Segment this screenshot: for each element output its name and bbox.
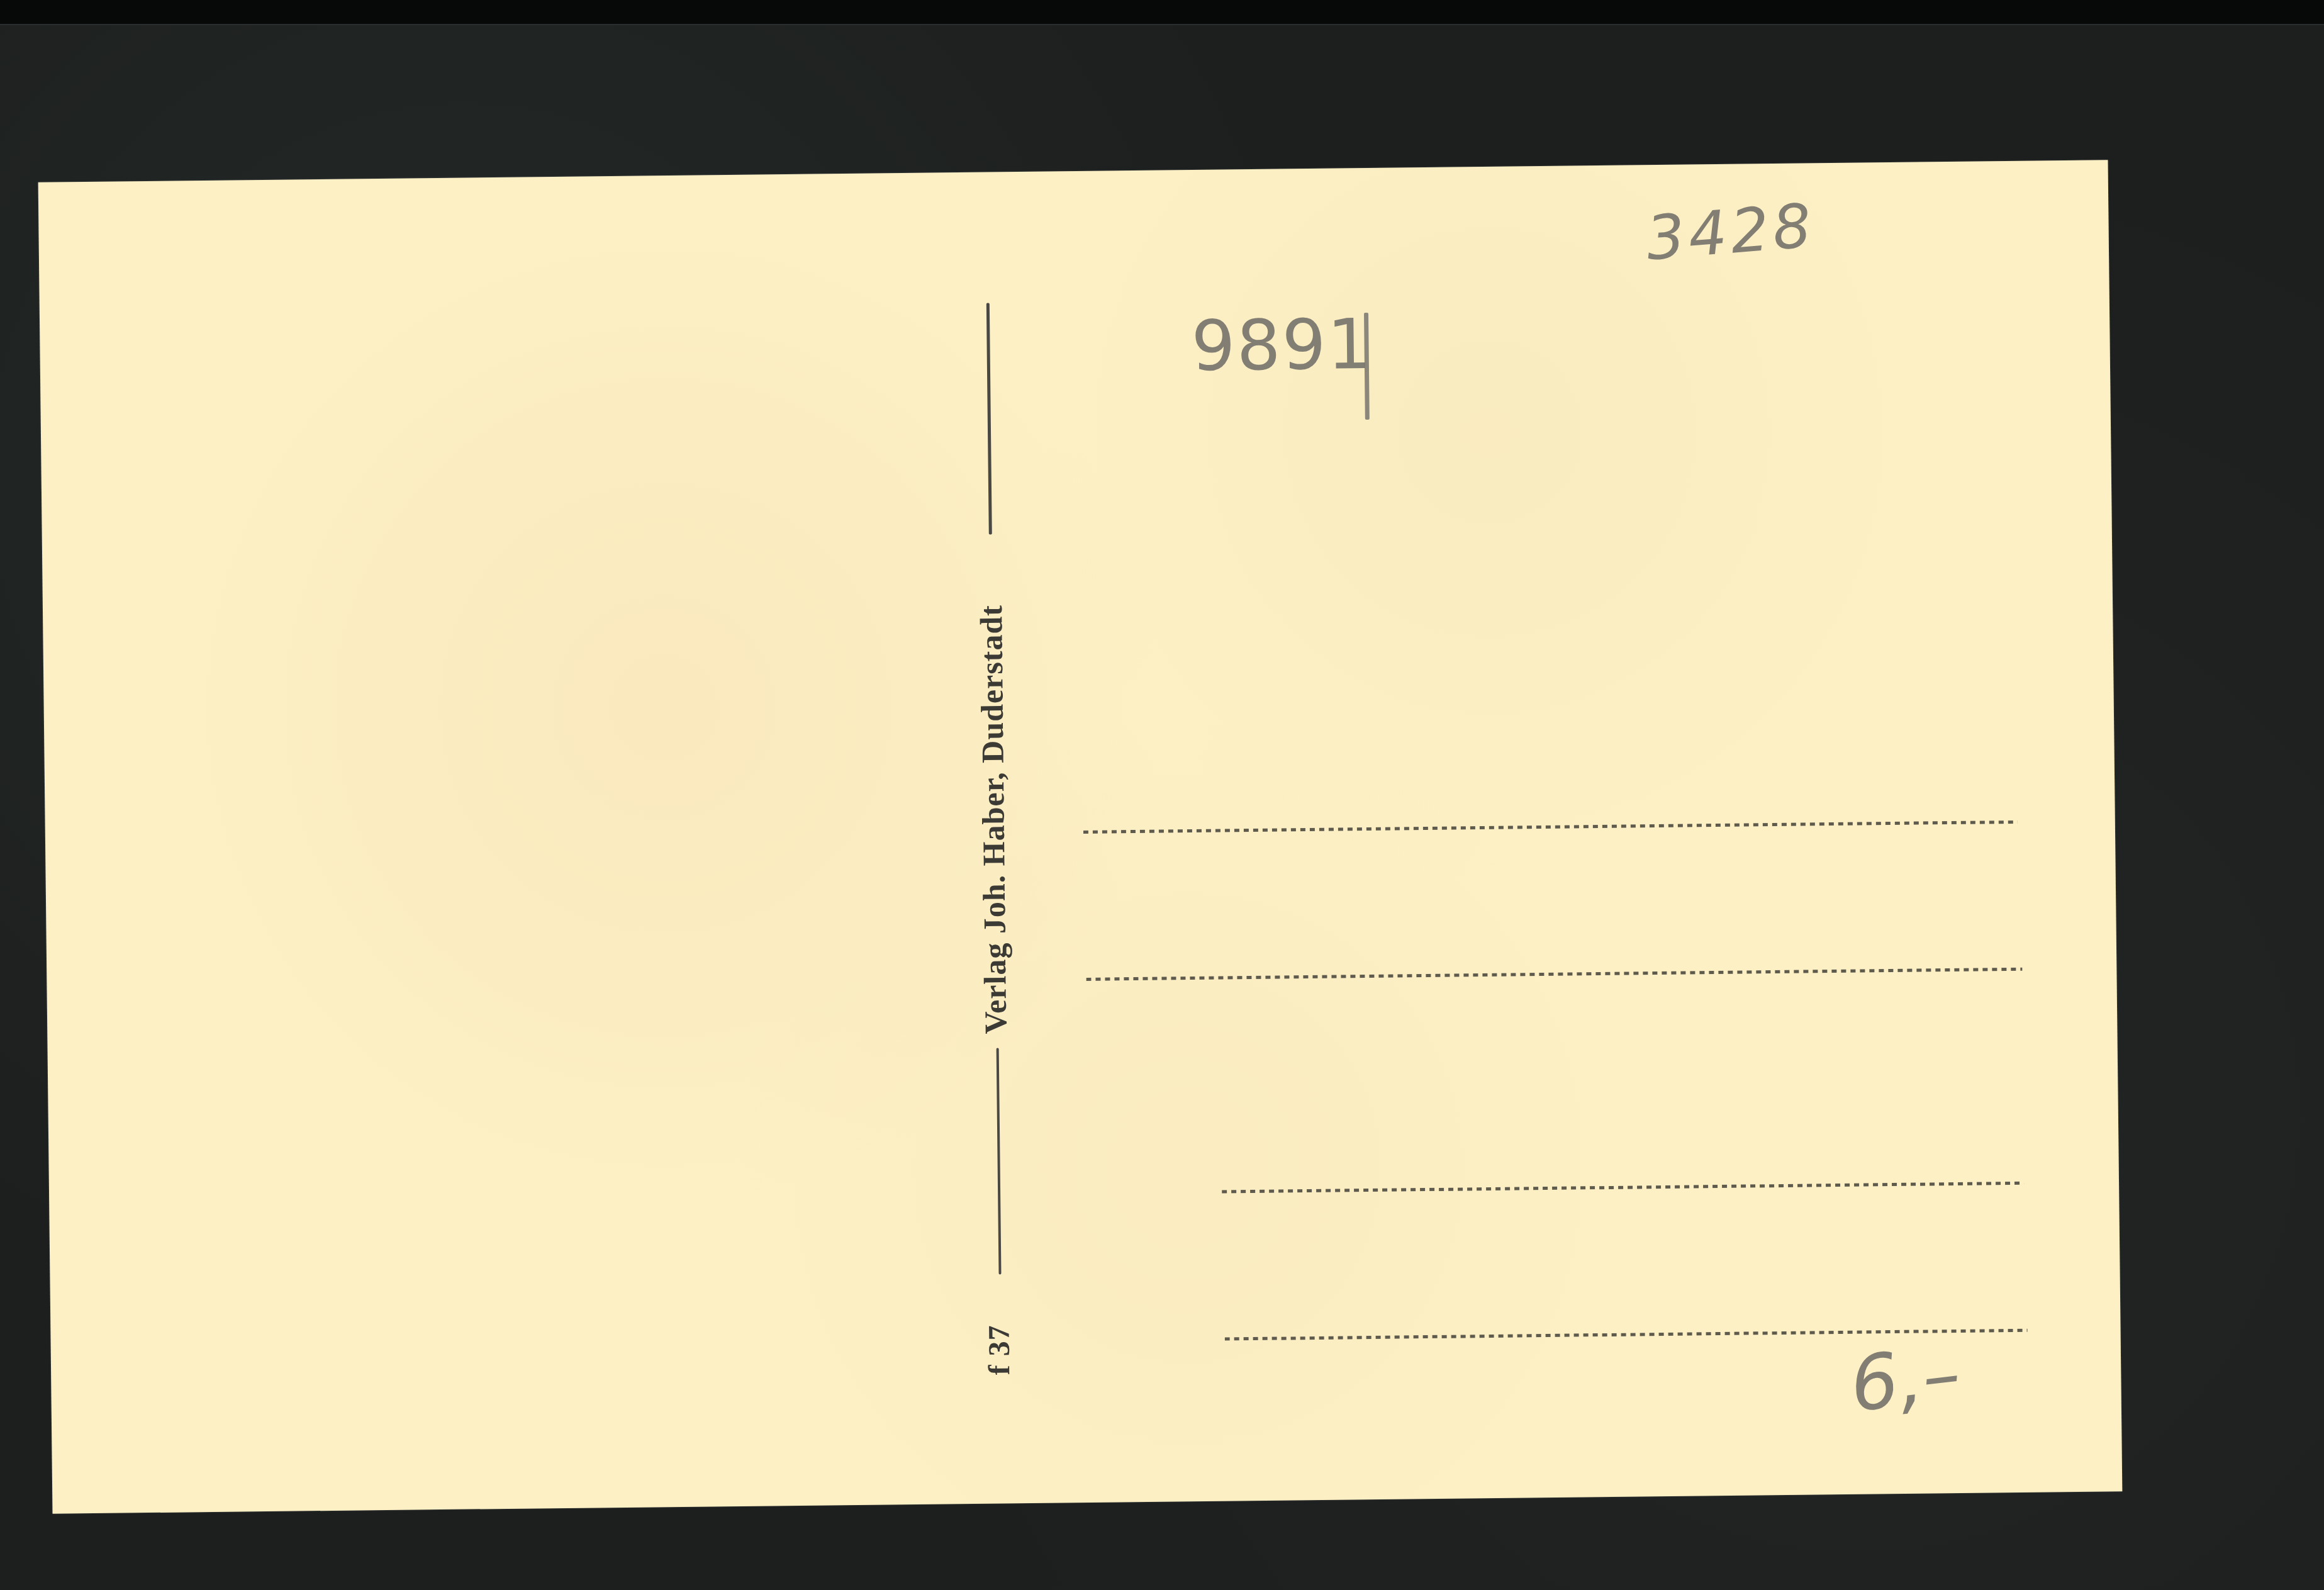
divider-rule-lower <box>997 1048 1002 1274</box>
address-line-2 <box>1086 968 2022 981</box>
address-line-1 <box>1083 820 2018 834</box>
scanner-top-edge <box>0 0 2324 25</box>
address-line-3 <box>1222 1182 2024 1194</box>
handwritten-price: 6,– <box>1846 1336 1964 1423</box>
handwritten-inventory-number: 3428 <box>1644 195 1817 269</box>
publisher-imprint: Verlag Joh. Haber, Duderstadt <box>975 605 1011 1034</box>
divider-rule-upper <box>986 303 992 535</box>
postcard-back: Verlag Joh. Haber, Duderstadt f 37 3428 … <box>38 160 2123 1513</box>
handwritten-reference-number: 9891 <box>1191 310 1373 381</box>
card-number: f 37 <box>984 1324 1015 1375</box>
